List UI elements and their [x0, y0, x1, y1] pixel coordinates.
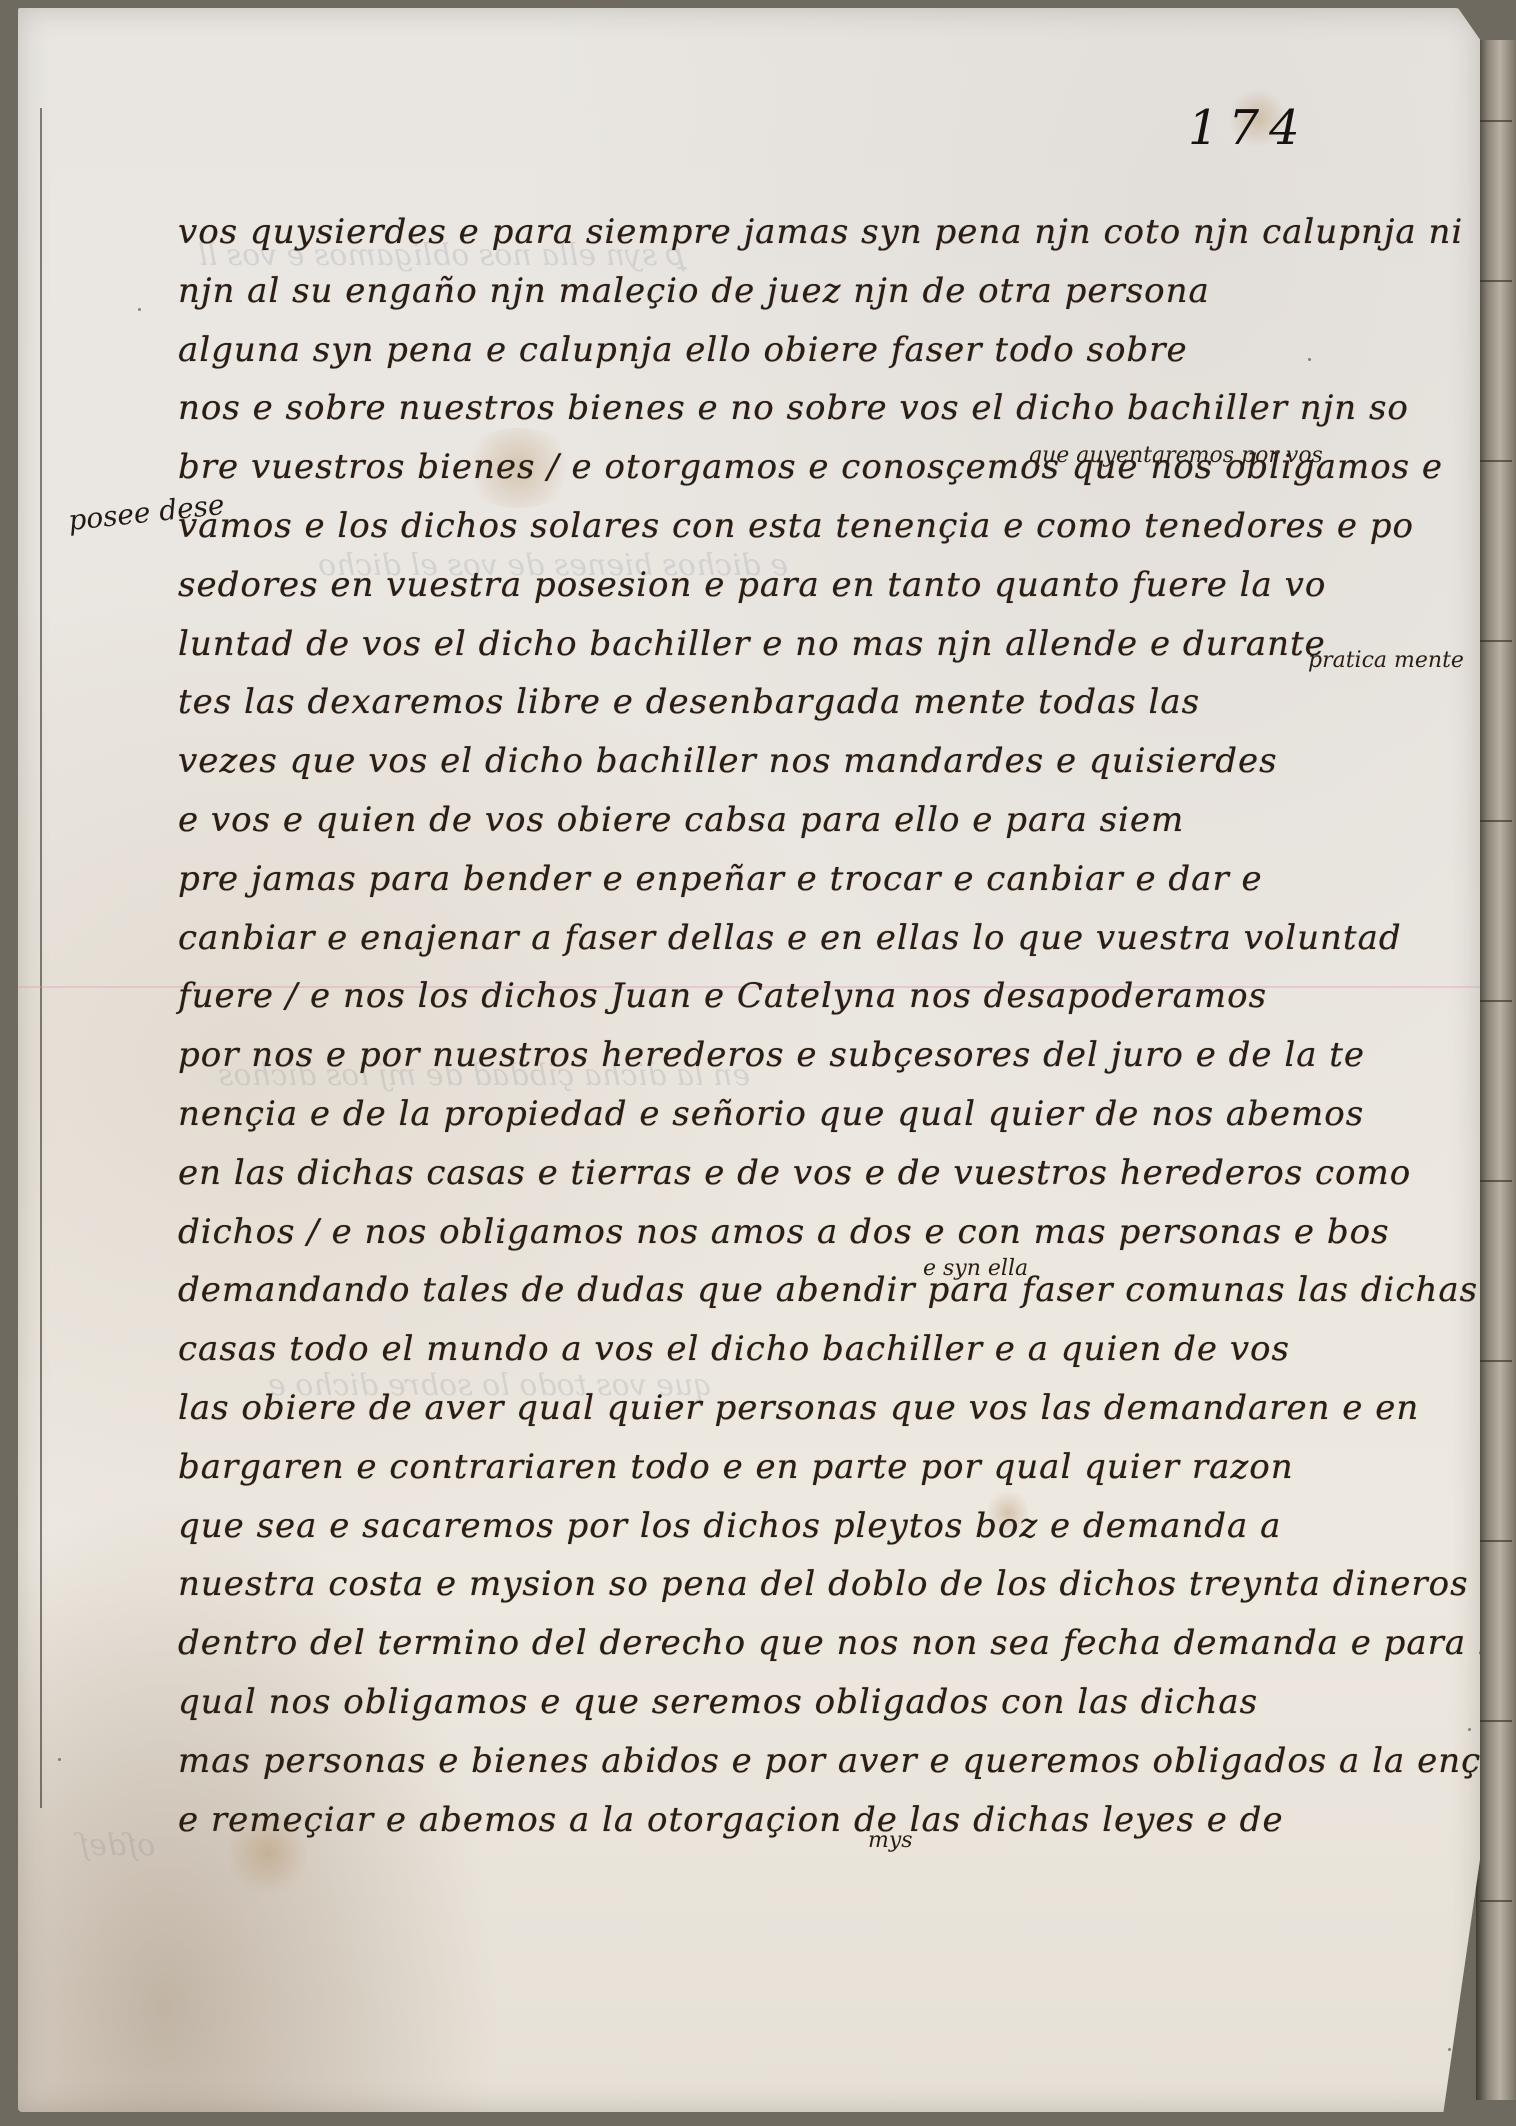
text-line: las obiere de aver qual quier personas q…	[178, 1379, 1438, 1438]
text-line: canbiar e enajenar a faser dellas e en e…	[178, 909, 1438, 968]
text-line: mas personas e bienes abidos e por aver …	[178, 1732, 1438, 1791]
text-line: bre vuestros bienes / e otorgamos e cono…	[178, 438, 1438, 497]
text-line: dentro del termino del derecho que nos n…	[178, 1614, 1438, 1673]
text-line: luntad de vos el dicho bachiller e no ma…	[178, 615, 1438, 674]
text-line: vamos e los dichos solares con esta tene…	[178, 497, 1438, 556]
text-line: nuestra costa e mysion so pena del doblo…	[178, 1555, 1438, 1614]
text-line: vezes que vos el dicho bachiller nos man…	[178, 732, 1438, 791]
text-line: en las dichas casas e tierras e de vos e…	[178, 1144, 1438, 1203]
text-line: pre jamas para bender e enpeñar e trocar…	[178, 850, 1438, 909]
manuscript-folio: ꝑ syn ella nos obligamos e vos ll e dich…	[18, 8, 1480, 2112]
foxing-spot	[1448, 2048, 1451, 2051]
text-line: nos e sobre nuestros bienes e no sobre v…	[178, 379, 1438, 438]
text-line: vos quysierdes e para siempre jamas syn …	[178, 203, 1438, 262]
text-line: que sea e sacaremos por los dichos pleyt…	[178, 1497, 1438, 1556]
text-line: e vos e quien de vos obiere cabsa para e…	[178, 791, 1438, 850]
underlying-folio-edges	[1476, 40, 1516, 2100]
text-line: casas todo el mundo a vos el dicho bachi…	[178, 1320, 1438, 1379]
foxing-spot	[1468, 1728, 1471, 1731]
manuscript-text: vos quysierdes e para siempre jamas syn …	[178, 203, 1438, 1849]
text-line: bargaren e contrariaren todo e en parte …	[178, 1438, 1438, 1497]
text-line: dichos / e nos obligamos nos amos a dos …	[178, 1203, 1438, 1262]
folio-number: 174	[1188, 100, 1310, 156]
text-line: tes las dexaremos libre e desenbargada m…	[178, 673, 1438, 732]
foxing-spot	[138, 308, 141, 311]
text-line: demandando tales de dudas que abendir pa…	[178, 1261, 1438, 1320]
text-line: por nos e por nuestros herederos e subçe…	[178, 1026, 1438, 1085]
foxing-spot	[58, 1758, 61, 1761]
text-line: njn al su engaño njn maleçio de juez njn…	[178, 262, 1438, 321]
text-line: nençia e de la propiedad e señorio que q…	[178, 1085, 1438, 1144]
text-line: fuere / e nos los dichos Juan e Catelyna…	[178, 967, 1438, 1026]
text-line: qual nos obligamos e que seremos obligad…	[178, 1673, 1438, 1732]
text-line: sedores en vuestra posesion e para en ta…	[178, 556, 1438, 615]
text-line: alguna syn pena e calupnja ello obiere f…	[178, 321, 1438, 380]
bleed-through-text: oſdeſ	[78, 1828, 155, 1863]
text-line: e remeçiar e abemos a la otorgaçion de l…	[178, 1791, 1438, 1850]
margin-rule	[40, 108, 42, 1808]
